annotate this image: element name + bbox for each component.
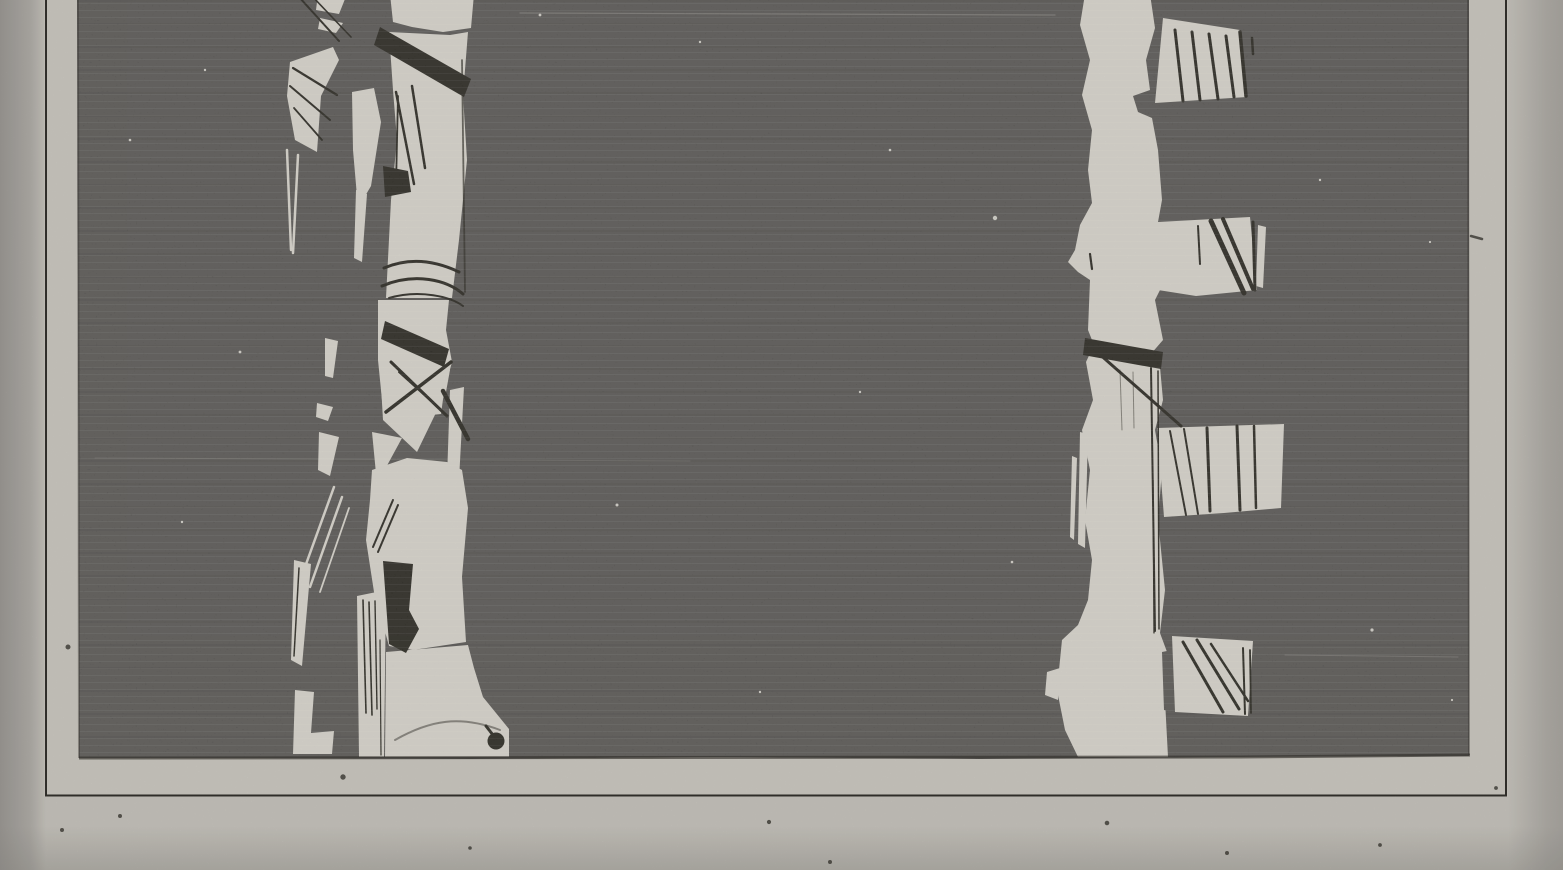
scanned-page bbox=[0, 0, 1563, 870]
paper-grain-texture bbox=[0, 0, 1563, 870]
